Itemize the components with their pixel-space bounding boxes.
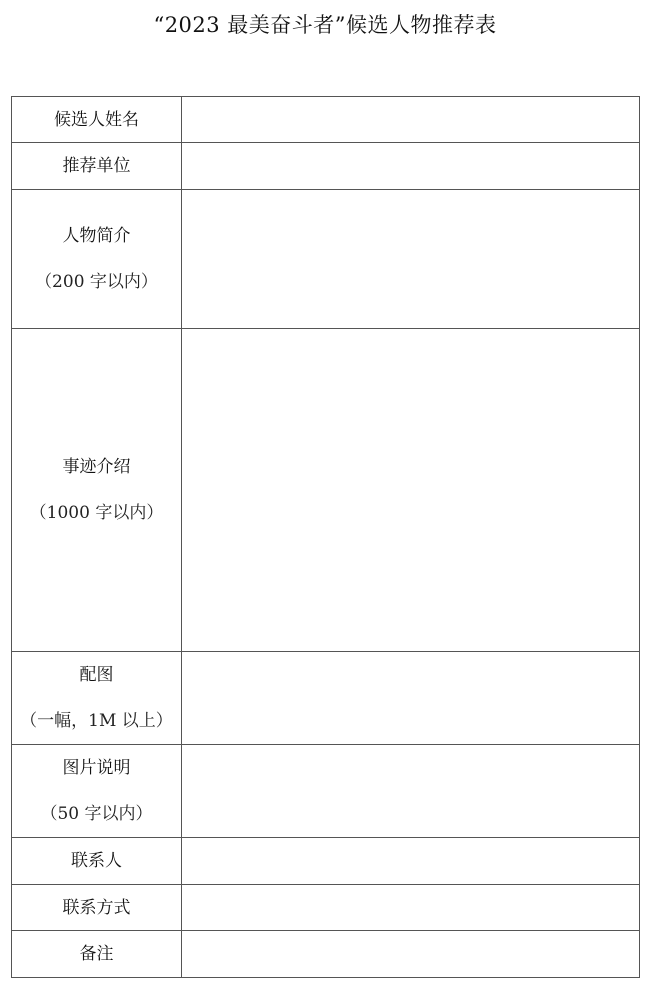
row-contact-person: 联系人 [12, 838, 640, 885]
photo-field[interactable] [182, 652, 640, 745]
nomination-form-table: 候选人姓名 推荐单位 人物简介 （200 字以内） 事迹介绍 （1000 字以内… [11, 96, 640, 978]
label-cell: 事迹介绍 （1000 字以内） [12, 329, 182, 652]
contact-info-field[interactable] [182, 885, 640, 931]
row-recommending-unit: 推荐单位 [12, 143, 640, 190]
field-label: 联系人 [12, 850, 181, 872]
label-cell: 联系人 [12, 838, 182, 885]
field-label: 推荐单位 [12, 155, 181, 177]
field-label: 备注 [12, 943, 181, 965]
field-note: （1000 字以内） [12, 502, 181, 524]
photo-caption-field[interactable] [182, 745, 640, 838]
label-cell: 备注 [12, 931, 182, 978]
label-cell: 配图 （一幅，1M 以上） [12, 652, 182, 745]
row-photo-caption: 图片说明 （50 字以内） [12, 745, 640, 838]
label-cell: 候选人姓名 [12, 97, 182, 143]
field-label: 配图 [12, 664, 181, 686]
row-deeds: 事迹介绍 （1000 字以内） [12, 329, 640, 652]
recommending-unit-field[interactable] [182, 143, 640, 190]
label-cell: 人物简介 （200 字以内） [12, 190, 182, 329]
document-title: “2023 最美奋斗者”候选人物推荐表 [0, 10, 650, 40]
remarks-field[interactable] [182, 931, 640, 978]
deeds-field[interactable] [182, 329, 640, 652]
candidate-name-field[interactable] [182, 97, 640, 143]
field-label: 候选人姓名 [12, 109, 181, 131]
contact-person-field[interactable] [182, 838, 640, 885]
profile-field[interactable] [182, 190, 640, 329]
row-photo: 配图 （一幅，1M 以上） [12, 652, 640, 745]
row-profile: 人物简介 （200 字以内） [12, 190, 640, 329]
row-candidate-name: 候选人姓名 [12, 97, 640, 143]
field-label: 联系方式 [12, 897, 181, 919]
field-note: （200 字以内） [12, 271, 181, 293]
field-label: 人物简介 [12, 225, 181, 247]
row-remarks: 备注 [12, 931, 640, 978]
row-contact-info: 联系方式 [12, 885, 640, 931]
label-cell: 联系方式 [12, 885, 182, 931]
label-cell: 图片说明 （50 字以内） [12, 745, 182, 838]
field-label: 图片说明 [12, 757, 181, 779]
field-note: （50 字以内） [12, 803, 181, 825]
label-cell: 推荐单位 [12, 143, 182, 190]
field-note: （一幅，1M 以上） [12, 710, 181, 732]
field-label: 事迹介绍 [12, 456, 181, 478]
